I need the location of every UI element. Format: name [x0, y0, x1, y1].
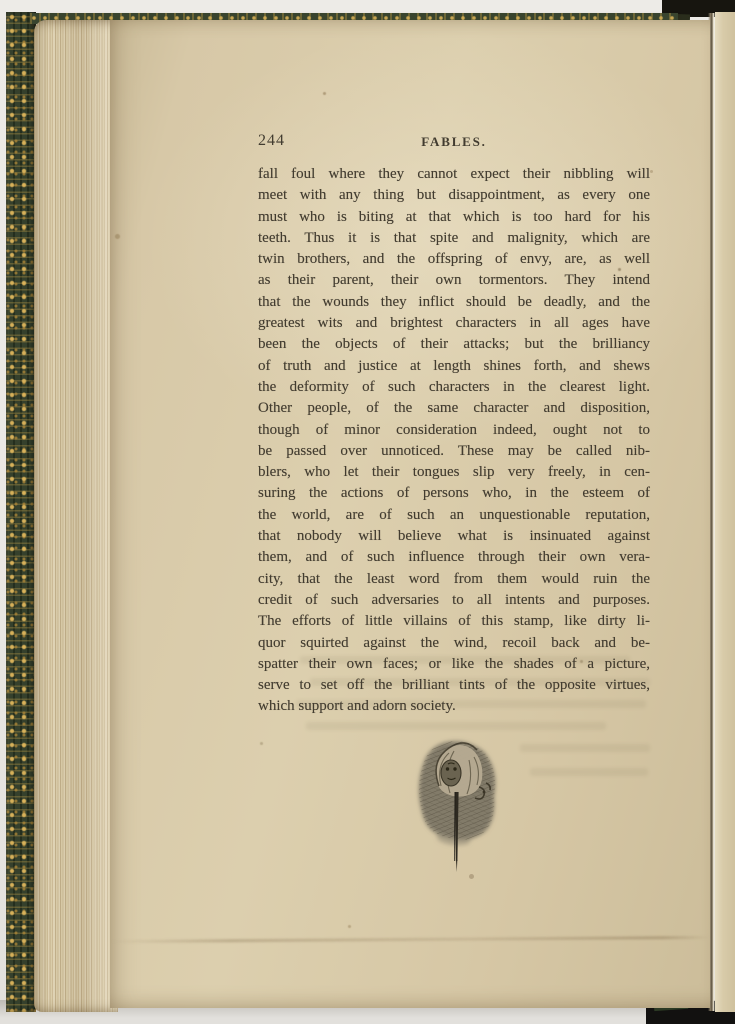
text-line: that the wounds they inflict should be d…: [258, 292, 650, 313]
text-line: the world, are of such an unquestionable…: [258, 505, 650, 526]
text-line: Other people, of the same character and …: [258, 398, 650, 419]
text-line: credit of such adversaries to all intent…: [258, 590, 650, 611]
page-header: 244 FABLES.: [258, 132, 650, 152]
text-line: that nobody will believe what is insinua…: [258, 526, 650, 547]
text-line: them, and of such influence through thei…: [258, 547, 650, 568]
text-line: greatest wits and brightest characters i…: [258, 313, 650, 334]
text-line: as their parent, their own tormentors. T…: [258, 270, 650, 291]
text-line: the deformity of such characters in the …: [258, 377, 650, 398]
text-line: teeth. Thus it is that spite and maligni…: [258, 228, 650, 249]
text-line: be passed over unnoticed. These may be c…: [258, 441, 650, 462]
text-line: suring the actions of persons who, in th…: [258, 483, 650, 504]
text-line: twin brothers, and the offspring of envy…: [258, 249, 650, 270]
book-spine-gold-tooling: [6, 12, 36, 1012]
page-stack-fore-edges: [34, 20, 118, 1012]
show-through-smudge: [306, 722, 606, 730]
body-text: fall foul where they cannot expect their…: [258, 164, 650, 718]
foxing-spots: [110, 20, 113, 23]
book-photo: 244 FABLES. fall foul where they cannot …: [0, 0, 735, 1024]
page-crease: [110, 936, 710, 943]
text-line: city, that the least word from them woul…: [258, 569, 650, 590]
show-through-smudge: [530, 768, 648, 776]
text-line: of truth and justice at length shines fo…: [258, 356, 650, 377]
wig-on-pole-ornament: [405, 730, 505, 877]
text-line: been the objects of their attacks; but t…: [258, 334, 650, 355]
text-line: meet with any thing but disappointment, …: [258, 185, 650, 206]
text-line: serve to set off the brilliant tints of …: [258, 675, 650, 696]
book-page: 244 FABLES. fall foul where they cannot …: [110, 20, 710, 1008]
show-through-smudge: [520, 744, 650, 752]
text-line: spatter their own faces; or like the sha…: [258, 654, 650, 675]
next-page-sliver: [715, 12, 735, 1012]
text-line: though of minor consideration indeed, ou…: [258, 420, 650, 441]
text-line: fall foul where they cannot expect their…: [258, 164, 650, 185]
text-line: quor squirted against the wind, recoil b…: [258, 633, 650, 654]
running-title: FABLES.: [258, 134, 650, 150]
text-line: The efforts of little villains of this s…: [258, 611, 650, 632]
text-line: must who is biting at that which is too …: [258, 207, 650, 228]
text-line: which support and adorn society.: [258, 696, 650, 717]
text-line: blers, who let their tongues slip very f…: [258, 462, 650, 483]
